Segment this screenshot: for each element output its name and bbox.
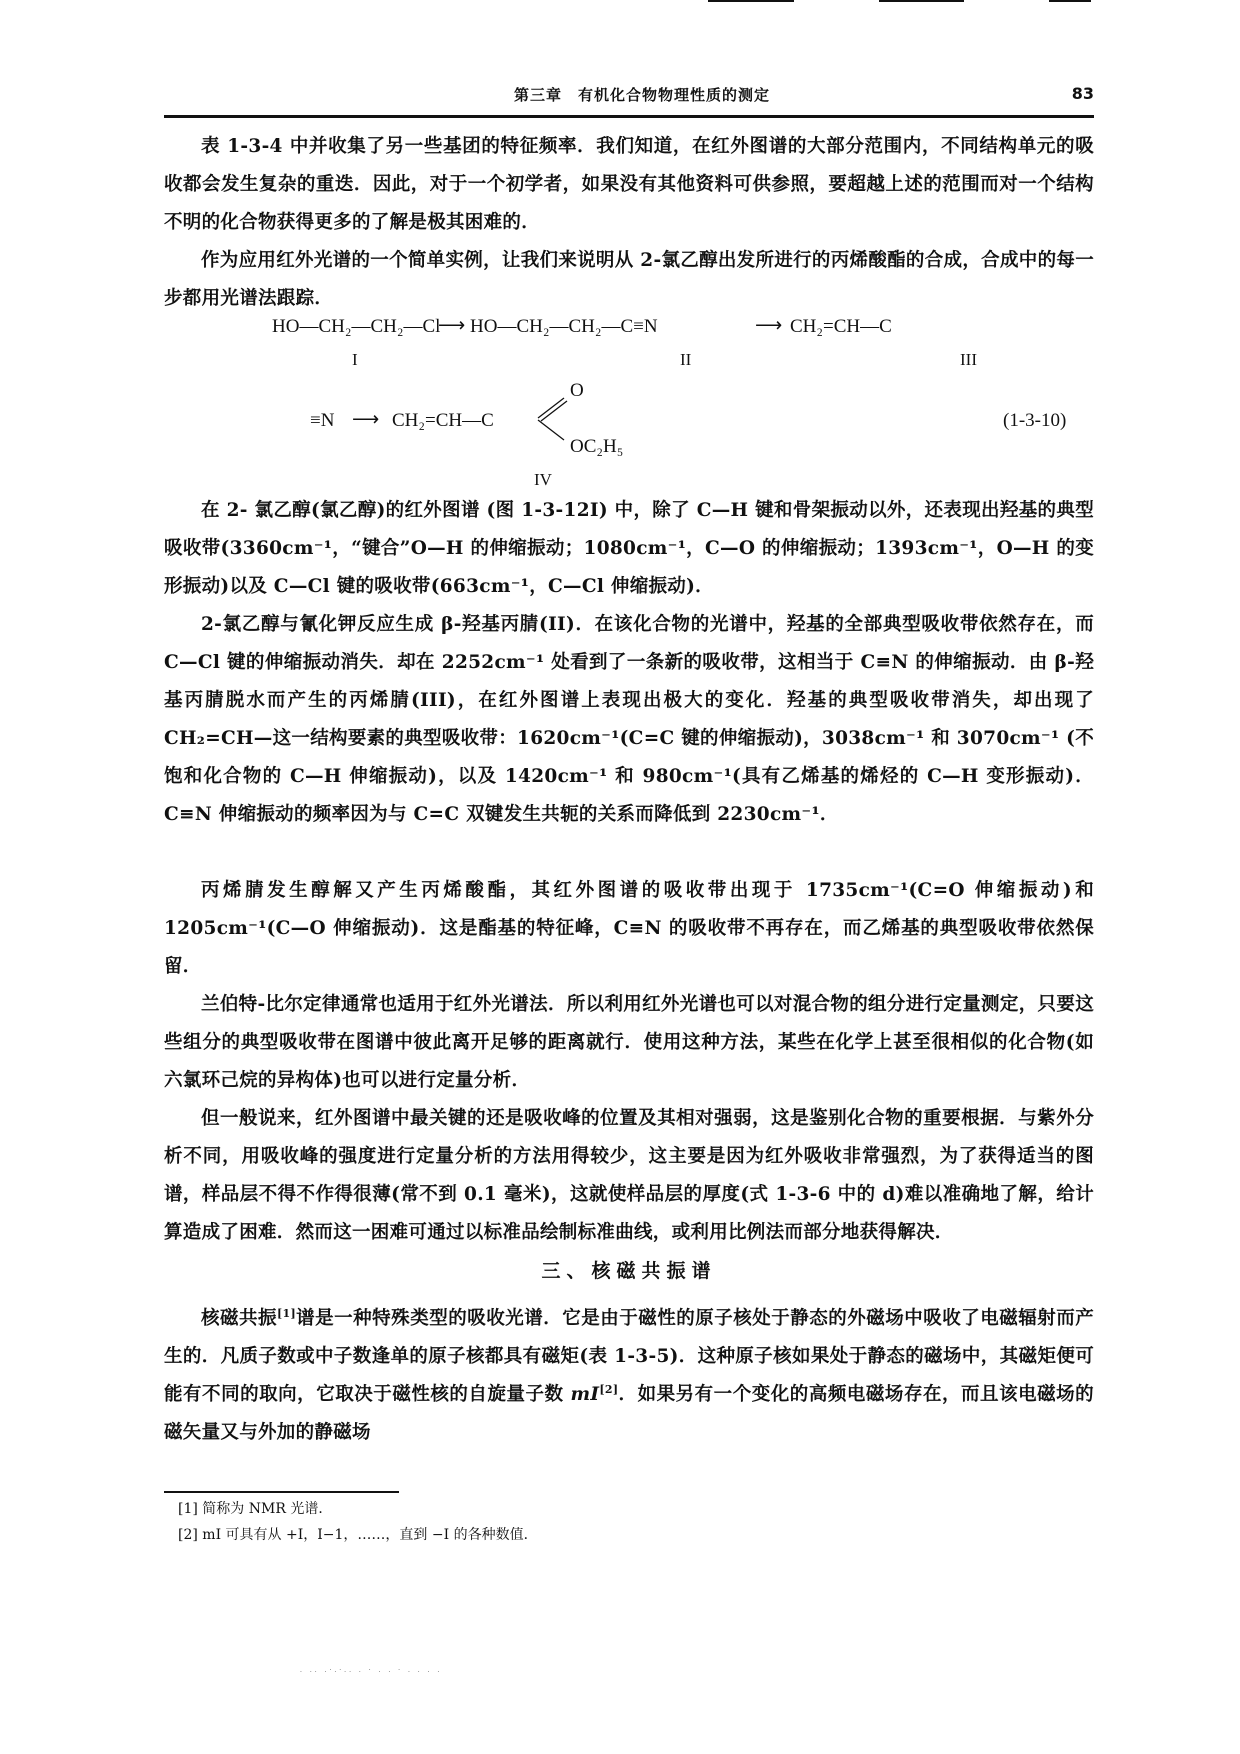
footnote-mark: [1] <box>178 1501 198 1517</box>
running-header: 第三章 有机化合物物理性质的测定 83 <box>164 84 1094 114</box>
spin-quantum-symbol: mI <box>571 1384 600 1405</box>
compound-iii-formula-cont: ≡N <box>310 410 334 432</box>
carbonyl-oxygen: O <box>570 380 584 402</box>
equation-number: (1-3-10) <box>1003 410 1066 432</box>
scan-artifact-line <box>1049 0 1091 2</box>
label-compound-iv: IV <box>534 470 552 490</box>
chapter-title: 第三章 有机化合物物理性质的测定 <box>514 84 770 105</box>
compound-iv-formula: CH₂=CH—C <box>392 410 494 432</box>
paragraph-acrylate-ester: 丙烯腈发生醇解又产生丙烯酸酯，其红外图谱的吸收带出现于 1735cm⁻¹(C=O… <box>164 872 1094 986</box>
paragraph-beer-lambert: 兰伯特-比尔定律通常也适用于红外光谱法．所以利用红外光谱也可以对混合物的组分进行… <box>164 986 1094 1100</box>
paragraph-table-intro: 表 1-3-4 中并收集了另一些基团的特征频率．我们知道，在红外图谱的大部分范围… <box>164 128 1094 242</box>
scan-artifact-line <box>708 0 794 2</box>
paragraph-nmr-intro: 核磁共振[1]谱是一种特殊类型的吸收光谱．它是由于磁性的原子核处于静态的外磁场中… <box>164 1300 1094 1452</box>
footnote-ref-1[interactable]: [1] <box>277 1307 296 1320</box>
paragraph-hydroxypropionitrile: 2-氯乙醇与氰化钾反应生成 β-羟基丙腈(II)．在该化合物的光谱中，羟基的全部… <box>164 606 1094 834</box>
scan-artifact-line <box>879 0 964 2</box>
compound-ii-formula: HO—CH₂—CH₂—C≡N <box>470 316 658 338</box>
ethoxy-group: OC₂H₅ <box>570 436 623 458</box>
scan-noise: . .. .·.·.. . · . . · . . . . <box>300 1667 442 1674</box>
footnote-1: [1] 简称为 NMR 光谱． <box>178 1498 332 1520</box>
paragraph-peak-position: 但一般说来，红外图谱中最关键的还是吸收峰的位置及其相对强弱，这是鉴别化合物的重要… <box>164 1100 1094 1252</box>
label-compound-ii: II <box>680 350 691 370</box>
footnote-ref-2[interactable]: [2] <box>599 1383 618 1396</box>
paragraph-example-intro: 作为应用红外光谱的一个简单实例，让我们来说明从 2-氯乙醇出发所进行的丙烯酸酯的… <box>164 242 1094 318</box>
ester-bond-lines <box>534 392 574 444</box>
section-heading-nmr: 三、核磁共振谱 <box>164 1256 1094 1283</box>
compound-i-formula: HO—CH₂—CH₂—Cl <box>272 316 440 338</box>
reaction-arrow: ⟶ <box>755 314 782 337</box>
header-rule <box>164 115 1094 118</box>
reaction-arrow: ⟶ <box>352 408 379 431</box>
label-compound-iii: III <box>960 350 977 370</box>
page-number: 83 <box>1072 84 1094 103</box>
nmr-text-start: 核磁共振 <box>201 1308 277 1329</box>
footnote-2: [2] mI 可具有从 +I，I−1，……，直到 −I 的各种数值． <box>178 1524 538 1546</box>
compound-iii-formula-part: CH₂=CH—C <box>790 316 892 338</box>
footnote-mark: [2] <box>178 1527 198 1543</box>
reaction-arrow: ⟶ <box>438 314 465 337</box>
label-compound-i: I <box>352 350 358 370</box>
paragraph-chloroethanol-ir: 在 2- 氯乙醇(氯乙醇)的红外图谱 (图 1-3-12I) 中，除了 C—H … <box>164 492 1094 606</box>
footnote-text: 简称为 NMR 光谱． <box>202 1501 332 1517</box>
footnote-text: mI 可具有从 +I，I−1，……，直到 −I 的各种数值． <box>202 1527 537 1543</box>
footnote-rule <box>164 1491 399 1493</box>
